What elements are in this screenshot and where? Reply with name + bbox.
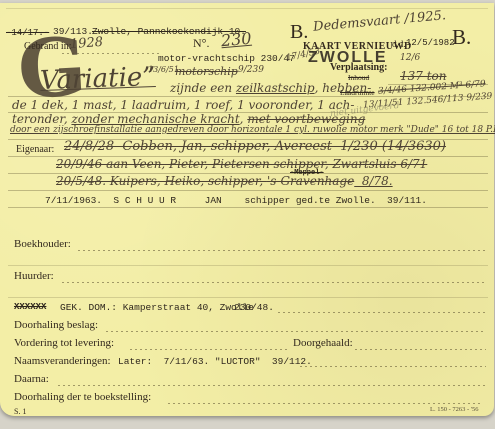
gekdom-ref: 230/48. [234,303,274,313]
series-mark: S. 1 [14,408,26,416]
doorgehaald-label: Doorgehaald: [293,338,353,349]
number-value: 230 [220,31,252,50]
naamsveranderingen-label: Naamsveranderingen: [14,356,111,367]
doorhaling-boekstelling-label: Doorhaling der te boekstelling: [14,392,151,403]
owner-row-3: 20/5/48. Kuipers, Heiko, schipper, 's-Gr… [56,175,393,187]
description-line1: zijnde een zeilkastschip, hebben- [170,82,371,94]
daarna-label: Daarna: [14,374,49,385]
b-mark-left: B. [290,22,308,42]
row3-ref: 8/78. [354,174,392,188]
gebrand-year: 1928 [70,36,104,51]
verplaatsing-label: Verplaatsing: [330,63,387,73]
gebrand-label: Gebrand in: [24,42,72,52]
rule-o3 [8,190,488,191]
huurder-line [62,282,486,283]
description-line2: de 1 dek, 1 mast, 1 laadruim, 1 roef, 1 … [12,99,354,111]
number-label: N°. [193,37,209,49]
boekhouder-line [78,250,486,251]
top-rule [6,8,488,9]
huurder-label: Huurder: [14,271,54,282]
inhoud-value: 137 ton [400,70,447,82]
vordering-label: Vordering tot levering: [14,338,114,349]
boekstelling-line [168,403,482,404]
owner-row-1: 24/8/28 Cobben, Jan, schipper, Avereest … [64,140,446,153]
line3-b: zonder mechanische kracht [71,112,239,126]
motorschip-struck: motorschip [175,66,238,77]
vordering-line [130,349,288,350]
ship-type-entry: motor-vrachtschip 230/47 [158,54,295,64]
daarna-line [58,385,486,386]
rule-d1 [8,96,488,97]
struck-word: XXXXXX [14,303,46,312]
doorhaling-beslag-label: Doorhaling beslag: [14,320,98,331]
blank-line-1 [8,265,488,266]
gekdom-line [278,312,486,313]
owner-row-4-typed: 7/11/1963. S C H U U R JAN schipper ged.… [45,196,427,206]
scanned-registration-card: -14/17.- 39/113. Zwolle, Pannekoekendijk… [0,0,495,429]
b-mark-right: B. [452,27,471,48]
dd-date: 12/5/1982 [406,39,455,48]
print-code: L. 150 - 7263 - '56 [430,407,478,414]
gebrand-line [62,53,162,54]
row3-owner-struck: 20/5/48. Kuipers, Heiko, schipper, [56,174,267,188]
line1-zeilkastschip: zeilkastschip [236,81,315,95]
line1-a: zijnde een [170,81,236,95]
gekdom-entry: GEK. DOM.: Kamperstraat 40, Zwolle [60,303,254,313]
ship-name: Variatie” [40,64,156,94]
owner-row-2: 20/9/46 aan Veen, Pieter, Pietersen schi… [56,158,427,170]
doorgehaald-line [355,349,486,350]
blank-line-2 [8,297,488,298]
naams-value-typed: Later: 7/11/63. "LUCTOR" 39/112. [118,357,312,367]
dd-label: d.d. [392,40,406,49]
rule-o4 [8,207,488,208]
eigenaar-label: Eigenaar: [16,145,54,155]
row3-city-struck: 's-Gravenhage [267,174,354,188]
frac-note: 12/6 [400,54,420,63]
beslag-line [106,331,486,332]
naams-line [300,366,486,367]
boekhouder-label: Boekhouder: [14,239,71,250]
line3-a: teronder, [12,112,71,126]
line1-c: , hebben- [315,81,372,95]
description-line4: door een zijschroefinstallatie aangedrev… [10,126,495,135]
ms-ref: 9/239 [238,66,264,75]
description-line3: teronder, zonder mechanische kracht, met… [12,113,365,125]
